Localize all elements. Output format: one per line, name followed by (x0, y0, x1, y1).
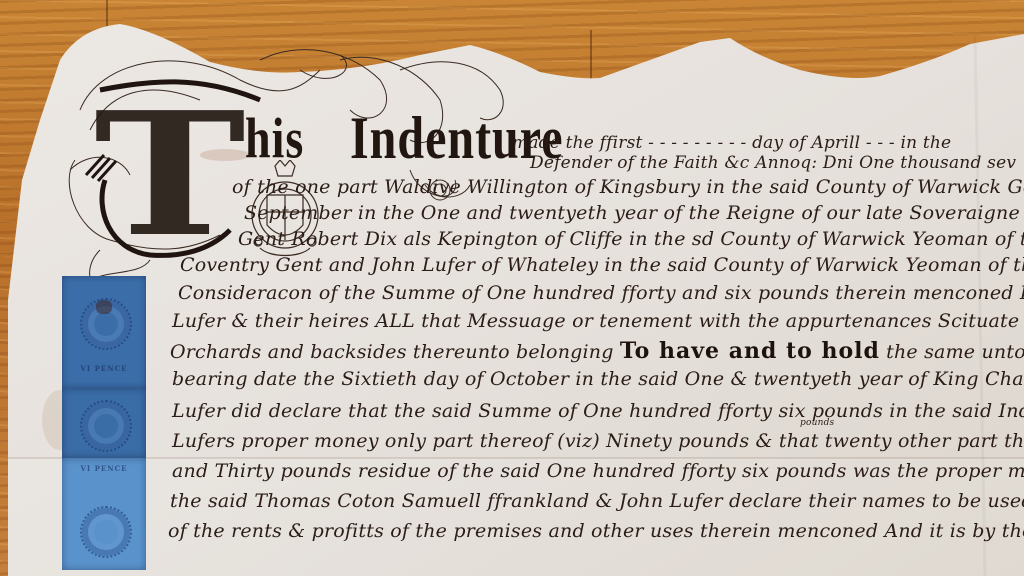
stamp-value-label: VI PENCE (62, 364, 146, 373)
manuscript-line: the said Thomas Coton Samuell ffrankland… (170, 490, 1024, 512)
ink-blot (96, 300, 112, 314)
manuscript-line: Lufer did declare that the said Summe of… (172, 400, 1024, 422)
initial-letter: T (94, 90, 246, 260)
habendum-clause: To have and to hold (620, 338, 880, 364)
duty-stamp (62, 388, 146, 458)
manuscript-line-partial (210, 550, 216, 572)
manuscript-line: bearing date the Sixtieth day of October… (172, 368, 1024, 390)
manuscript-line-habendum: Orchards and backsides thereunto belongi… (170, 338, 1024, 364)
manuscript-line: of the one part Waldive Willington of Ki… (232, 176, 1024, 198)
manuscript-line: Gent Robert Dix als Kepington of Cliffe … (238, 228, 1024, 250)
manuscript-text: Orchards and backsides thereunto belongi… (170, 341, 614, 363)
manuscript-header-line-2: Defender of the Faith &c Annoq: Dni One … (530, 153, 1016, 173)
manuscript-header-line-1: made the ffirst - - - - - - - - - day of… (512, 133, 951, 153)
manuscript-line: September in the One and twentyeth year … (244, 202, 1024, 224)
manuscript-line: and Thirty pounds residue of the said On… (172, 460, 1024, 482)
manuscript-text: the same unto the (886, 341, 1024, 363)
manuscript-line: Consideracon of the Summe of One hundred… (178, 282, 1024, 304)
tudor-rose-emboss-icon (80, 400, 132, 452)
stamp-value-label: VI PENCE (62, 464, 146, 473)
manuscript-line: Lufer & their heires ALL that Messuage o… (172, 310, 1024, 332)
manuscript-line: Lufers proper money only part thereof (v… (172, 430, 1024, 452)
title-word-his: his (245, 105, 304, 171)
duty-stamp: VI PENCE (62, 458, 146, 570)
duty-stamp: VI PENCE (62, 276, 146, 388)
manuscript-line: Coventry Gent and John Lufer of Whateley… (180, 254, 1024, 276)
tudor-rose-emboss-icon (80, 506, 132, 558)
interlinear-insertion: pounds (800, 418, 834, 428)
manuscript-line: of the rents & profitts of the premises … (168, 520, 1024, 542)
